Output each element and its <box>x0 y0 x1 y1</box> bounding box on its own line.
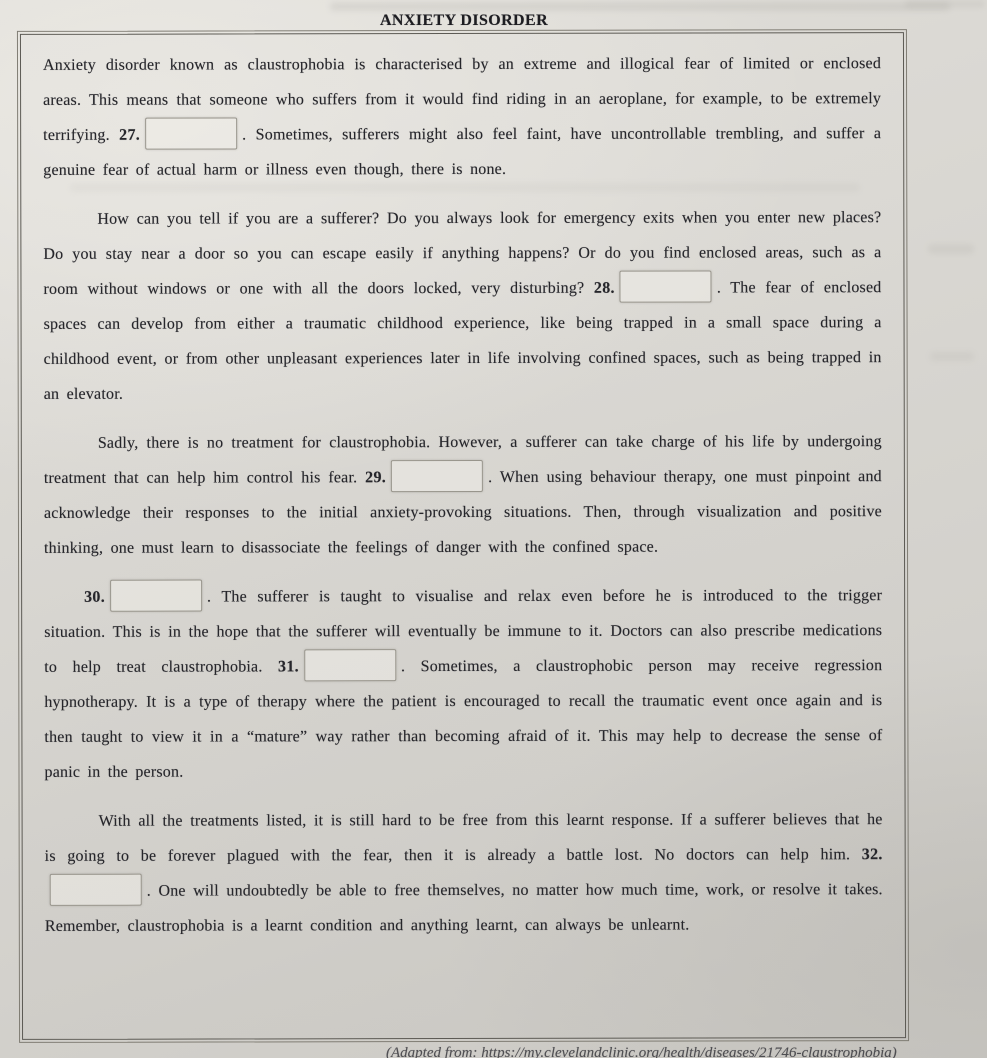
question-number: 28. <box>594 280 615 297</box>
answer-blank-28[interactable] <box>620 270 712 302</box>
question-number: 32. <box>862 846 883 863</box>
paragraph: 30.. The sufferer is taught to visualise… <box>44 578 882 790</box>
passage-body: Anxiety disorder known as claustrophobia… <box>21 33 905 1039</box>
answer-blank-29[interactable] <box>391 460 483 492</box>
answer-blank-27[interactable] <box>145 117 237 149</box>
question-number: 29. <box>365 469 386 486</box>
answer-blank-31[interactable] <box>304 649 396 681</box>
answer-blank-30[interactable] <box>110 580 202 612</box>
paragraph: With all the treatments listed, it is st… <box>45 802 883 944</box>
passage-title: ANXIETY DISORDER <box>0 12 928 30</box>
paragraph: Sadly, there is no treatment for claustr… <box>44 424 882 566</box>
answer-blank-32[interactable] <box>50 874 142 906</box>
paragraph: Anxiety disorder known as claustrophobia… <box>43 46 881 188</box>
question-number: 30. <box>84 589 105 606</box>
attribution-line: (Adapted from: https://my.clevelandclini… <box>386 1045 897 1058</box>
scanned-page: ANXIETY DISORDER Anxiety disorder known … <box>0 0 987 1058</box>
question-number: 31. <box>278 658 299 675</box>
paragraph: How can you tell if you are a sufferer? … <box>43 200 881 412</box>
scan-smudge <box>905 0 985 8</box>
question-number: 27. <box>119 127 140 144</box>
scan-smudge <box>330 2 950 11</box>
scan-smudge <box>930 352 974 361</box>
passage-frame: Anxiety disorder known as claustrophobia… <box>20 32 906 1040</box>
scan-smudge <box>928 244 974 254</box>
